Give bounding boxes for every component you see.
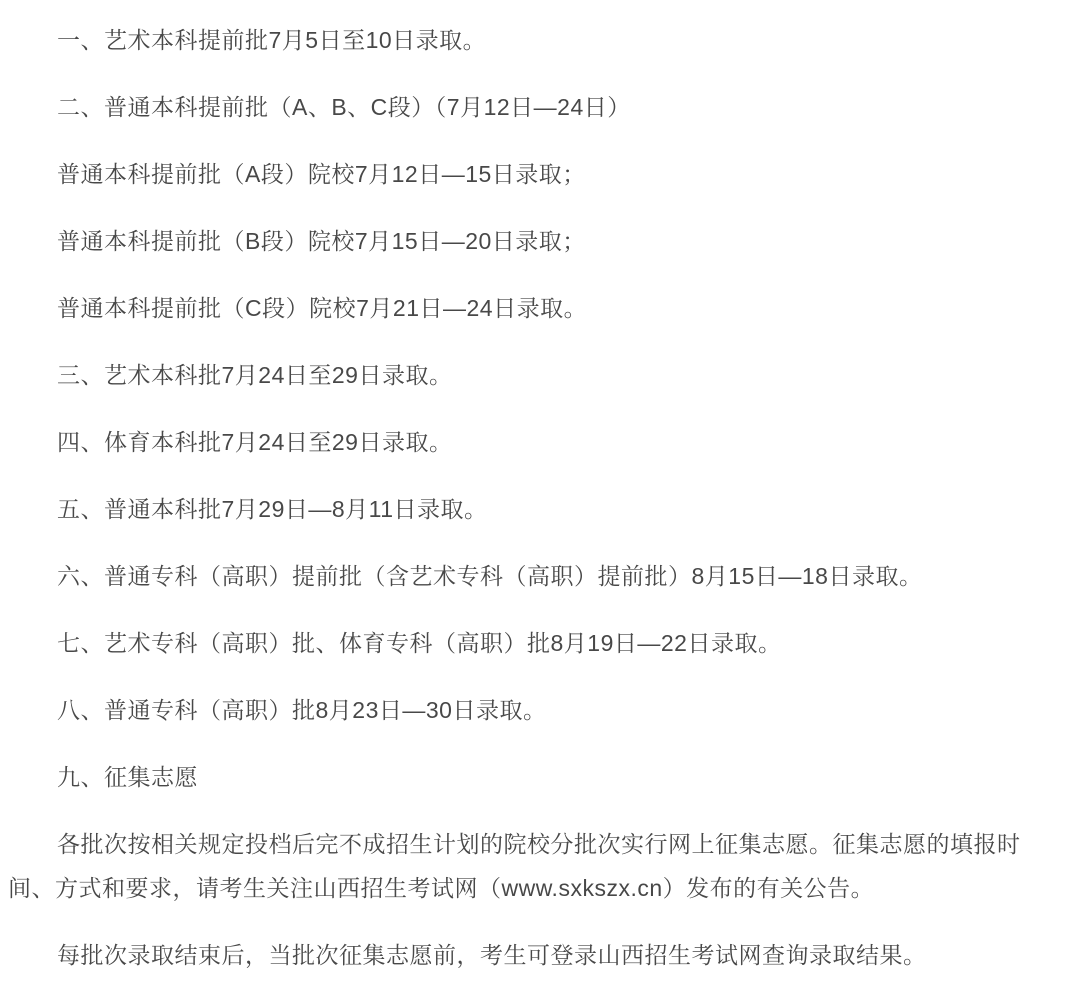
- schedule-item-2-segment-c: 普通本科提前批（C段）院校7月21日—24日录取。: [8, 286, 1070, 330]
- schedule-item-9-supplementary-heading: 九、征集志愿: [8, 755, 1070, 799]
- schedule-item-8-regular-vocational: 八、普通专科（高职）批8月23日—30日录取。: [8, 688, 1070, 732]
- schedule-item-3-art-undergrad: 三、艺术本科批7月24日至29日录取。: [8, 353, 1070, 397]
- schedule-item-7-art-sports-vocational: 七、艺术专科（高职）批、体育专科（高职）批8月19日—22日录取。: [8, 621, 1070, 665]
- admission-schedule-notice: 一、艺术本科提前批7月5日至10日录取。 二、普通本科提前批（A、B、C段）（7…: [0, 0, 1080, 1004]
- schedule-item-5-regular-undergrad: 五、普通本科批7月29日—8月11日录取。: [8, 487, 1070, 531]
- schedule-item-2-regular-undergrad-early: 二、普通本科提前批（A、B、C段）（7月12日—24日）: [8, 85, 1070, 129]
- supplementary-note-line-2: 间、方式和要求，请考生关注山西招生考试网（www.sxkszx.cn）发布的有关…: [8, 866, 1070, 910]
- schedule-item-1-art-undergrad-early: 一、艺术本科提前批7月5日至10日录取。: [8, 18, 1070, 62]
- schedule-item-2-segment-b: 普通本科提前批（B段）院校7月15日—20日录取；: [8, 219, 1070, 263]
- result-query-note: 每批次录取结束后，当批次征集志愿前，考生可登录山西招生考试网查询录取结果。: [8, 933, 1070, 977]
- supplementary-note-line-1: 各批次按相关规定投档后完不成招生计划的院校分批次实行网上征集志愿。征集志愿的填报…: [8, 822, 1070, 866]
- schedule-item-6-vocational-early: 六、普通专科（高职）提前批（含艺术专科（高职）提前批）8月15日—18日录取。: [8, 554, 1070, 598]
- schedule-item-4-sports-undergrad: 四、体育本科批7月24日至29日录取。: [8, 420, 1070, 464]
- schedule-item-2-segment-a: 普通本科提前批（A段）院校7月12日—15日录取；: [8, 152, 1070, 196]
